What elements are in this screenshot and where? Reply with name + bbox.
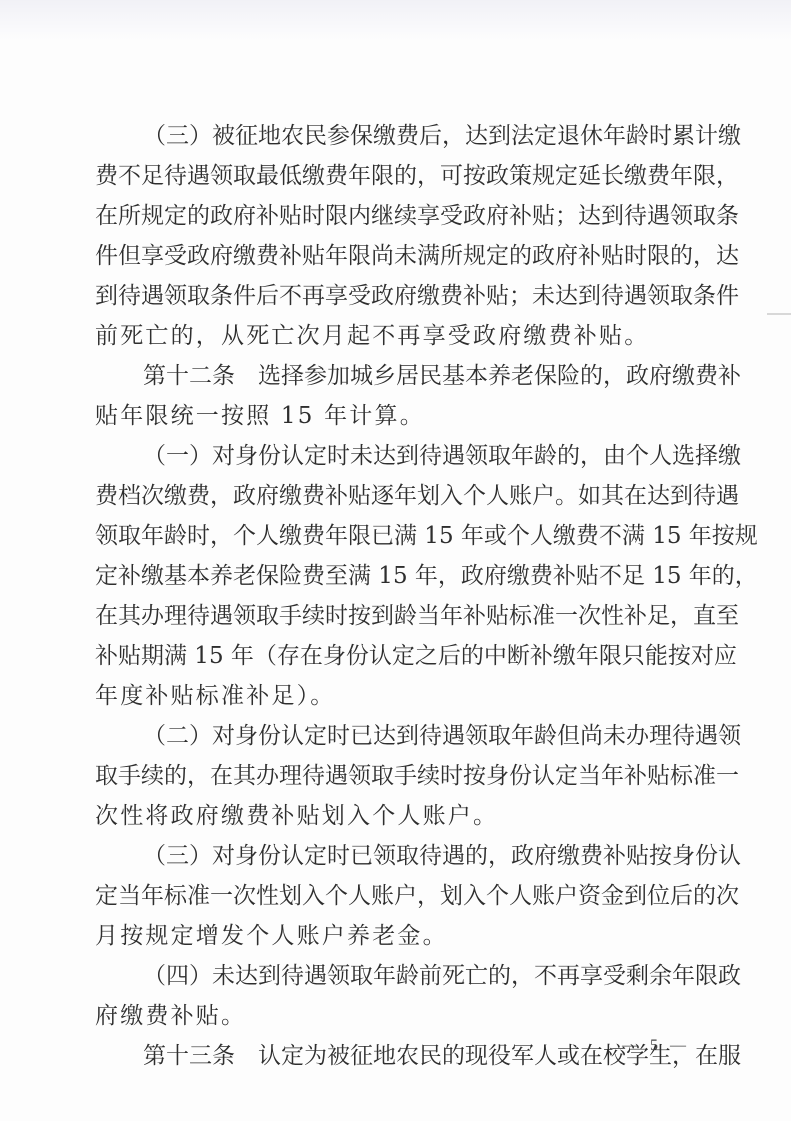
article-12-line-1: 第十二条 选择参加城乡居民基本养老保险的，政府缴费补 xyxy=(95,356,695,396)
scan-edge-mark xyxy=(767,313,791,315)
page-number: — 5 — xyxy=(622,1037,690,1055)
article-12-item-1-line-5: 在其办理待遇领取手续时按到龄当年补贴标准一次性补足，直至 xyxy=(95,596,695,636)
paragraph-3-line-1: （三）被征地农民参保缴费后，达到法定退休年龄时累计缴 xyxy=(95,116,695,156)
article-12-item-1-line-3: 领取年龄时，个人缴费年限已满 15 年或个人缴费不满 15 年按规 xyxy=(95,516,695,556)
paragraph-3-line-4: 件但享受政府缴费补贴年限尚未满所规定的政府补贴时限的，达 xyxy=(95,236,695,276)
paragraph-3-line-3: 在所规定的政府补贴时限内继续享受政府补贴；达到待遇领取条 xyxy=(95,196,695,236)
paragraph-3-line-5: 到待遇领取条件后不再享受政府缴费补贴；未达到待遇领取条件 xyxy=(95,276,695,316)
article-12-item-2-line-1: （二）对身份认定时已达到待遇领取年龄但尚未办理待遇领 xyxy=(95,716,695,756)
article-12-item-1-line-7: 年度补贴标准补足）。 xyxy=(95,676,695,716)
article-12-item-3-line-2: 定当年标准一次性划入个人账户，划入个人账户资金到位后的次 xyxy=(95,876,695,916)
document-page: （三）被征地农民参保缴费后，达到法定退休年龄时累计缴 费不足待遇领取最低缴费年限… xyxy=(95,116,695,1076)
scan-shadow xyxy=(0,0,791,40)
article-12-item-2-line-2: 取手续的，在其办理待遇领取手续时按身份认定当年补贴标准一 xyxy=(95,756,695,796)
article-12-item-4-line-1: （四）未达到待遇领取年龄前死亡的，不再享受剩余年限政 xyxy=(95,956,695,996)
paragraph-3-line-2: 费不足待遇领取最低缴费年限的，可按政策规定延长缴费年限， xyxy=(95,156,695,196)
article-12-item-3-line-1: （三）对身份认定时已领取待遇的，政府缴费补贴按身份认 xyxy=(95,836,695,876)
article-12-item-1-line-1: （一）对身份认定时未达到待遇领取年龄的，由个人选择缴 xyxy=(95,436,695,476)
article-13-line-1: 第十三条 认定为被征地农民的现役军人或在校学生，在服 xyxy=(95,1036,695,1076)
article-12-line-2: 贴年限统一按照 15 年计算。 xyxy=(95,396,695,436)
paragraph-3-line-6: 前死亡的，从死亡次月起不再享受政府缴费补贴。 xyxy=(95,316,695,356)
article-12-item-1-line-2: 费档次缴费，政府缴费补贴逐年划入个人账户。如其在达到待遇 xyxy=(95,476,695,516)
article-12-item-4-line-2: 府缴费补贴。 xyxy=(95,996,695,1036)
article-12-item-1-line-6: 补贴期满 15 年（存在身份认定之后的中断补缴年限只能按对应 xyxy=(95,636,695,676)
article-12-item-3-line-3: 月按规定增发个人账户养老金。 xyxy=(95,916,695,956)
article-12-item-1-line-4: 定补缴基本养老保险费至满 15 年，政府缴费补贴不足 15 年的， xyxy=(95,556,695,596)
article-12-item-2-line-3: 次性将政府缴费补贴划入个人账户。 xyxy=(95,796,695,836)
